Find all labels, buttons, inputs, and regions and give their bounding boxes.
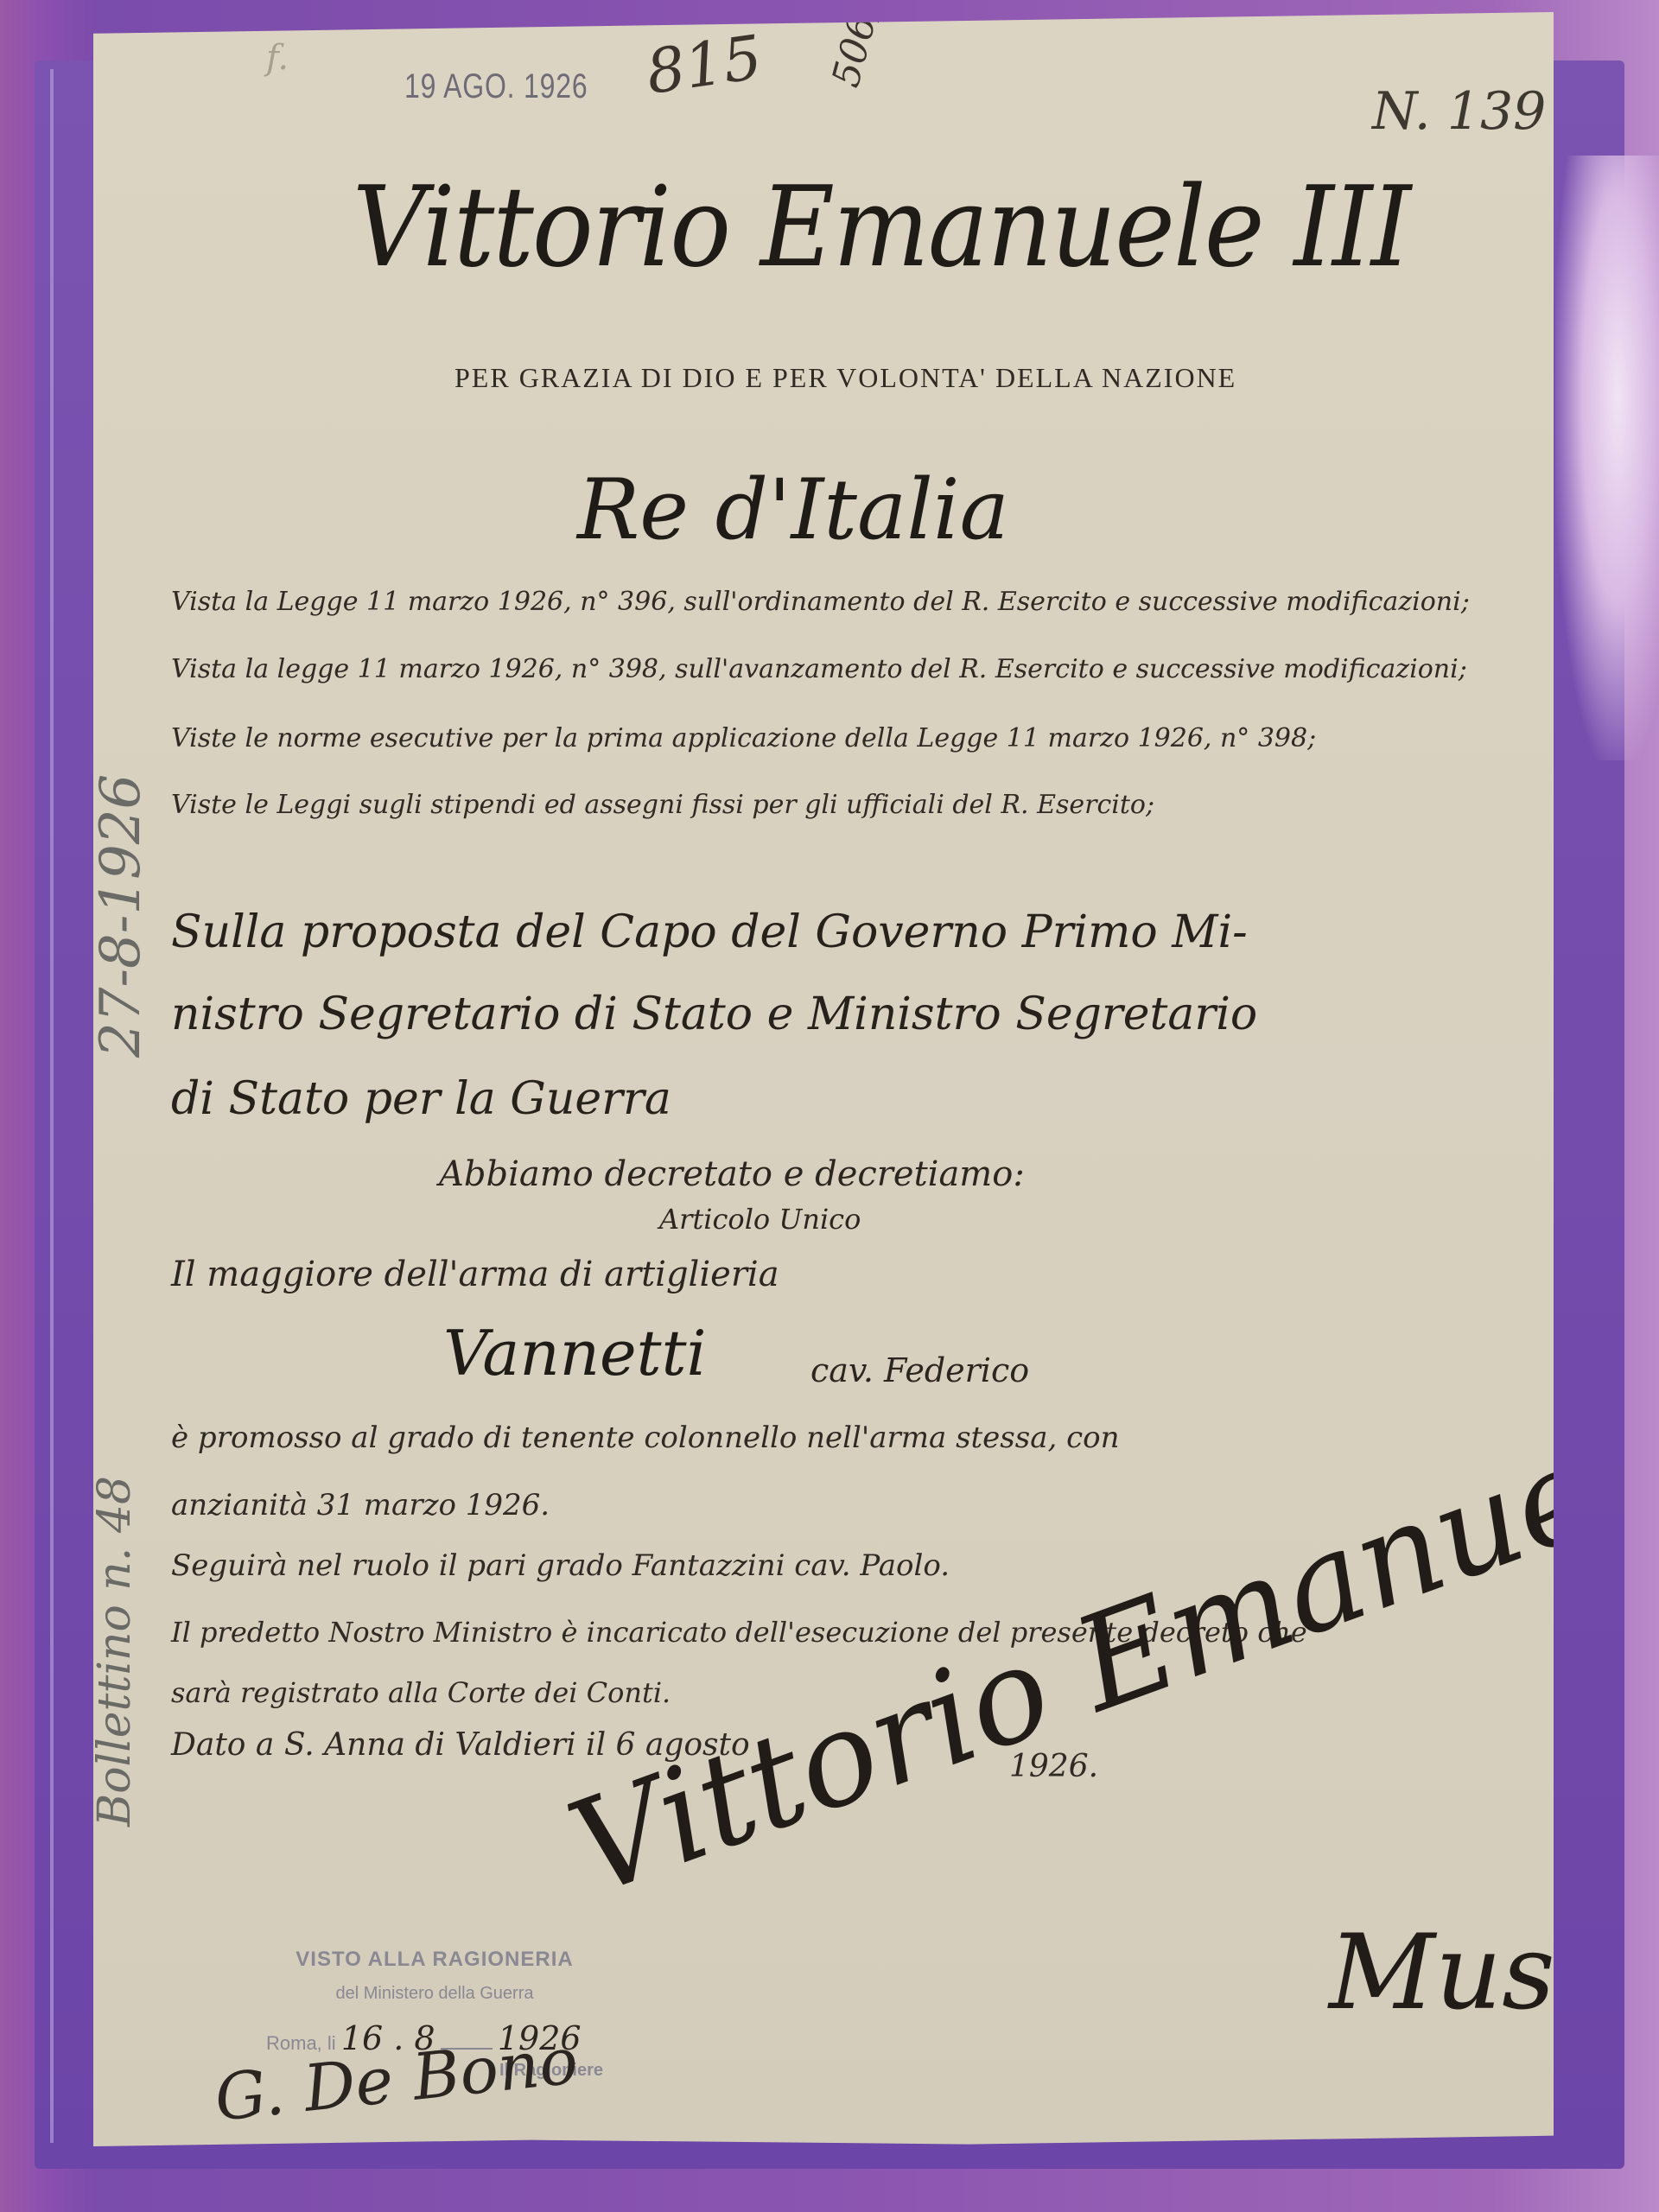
received-date-stamp: 19 AGO. 1926 <box>404 67 588 106</box>
preamble-line: Vista la legge 11 marzo 1926, n° 398, su… <box>171 654 1467 684</box>
proposal-line: Sulla proposta del Capo del Governo Prim… <box>171 906 1248 958</box>
promoted-given-name: cav. Federico <box>810 1351 1029 1389</box>
decree-body-line: sarà registrato alla Corte dei Conti. <box>171 1676 671 1709</box>
decree-body-line: Seguirà nel ruolo il pari grado Fantazzi… <box>171 1548 950 1583</box>
article-heading: Articolo Unico <box>659 1203 861 1236</box>
fraction-note: 506/74 <box>823 0 900 92</box>
stamp-ministry: del Ministero della Guerra <box>266 1984 603 2004</box>
king-signature: Vittorio Emanuele <box>551 1376 1659 1925</box>
preamble-line: Viste le Leggi sugli stipendi ed assegni… <box>171 790 1154 820</box>
decree-document: f. 19 AGO. 1926 815 506/74 N. 139 Vittor… <box>93 12 1554 2151</box>
sleeve-edge <box>50 69 54 2143</box>
promoted-surname: Vannetti <box>443 1317 707 1389</box>
preamble-line: Vista la Legge 11 marzo 1926, n° 396, su… <box>171 587 1470 617</box>
document-subtitle: PER GRAZIA DI DIO E PER VOLONTA' DELLA N… <box>454 362 1236 394</box>
realm-title: Re d'Italia <box>577 461 1009 558</box>
margin-bulletin-note: Bollettino n. 48 <box>89 1476 141 1827</box>
corner-mark: f. <box>266 38 289 78</box>
document-number: N. 139 <box>1372 81 1546 142</box>
decree-body-line: anzianità 31 marzo 1926. <box>171 1488 550 1522</box>
margin-date-note: 27-8-1926 <box>89 774 153 1058</box>
preamble-line: Viste le norme esecutive per la prima ap… <box>171 723 1316 753</box>
proposal-line: di Stato per la Guerra <box>171 1073 671 1125</box>
decree-intro: Il maggiore dell'arma di artiglieria <box>171 1255 779 1294</box>
reference-number: 815 <box>642 22 766 108</box>
decree-body-line: è promosso al grado di tenente colonnell… <box>171 1421 1120 1455</box>
document-title: Vittorio Emanuele III <box>353 163 1409 292</box>
proposal-line: nistro Segretario di Stato e Ministro Se… <box>171 988 1257 1040</box>
stamp-heading: VISTO ALLA RAGIONERIA <box>266 1948 603 1972</box>
decree-formula: Abbiamo decretato e decretiamo: <box>439 1154 1025 1194</box>
background-glare <box>1555 156 1659 760</box>
